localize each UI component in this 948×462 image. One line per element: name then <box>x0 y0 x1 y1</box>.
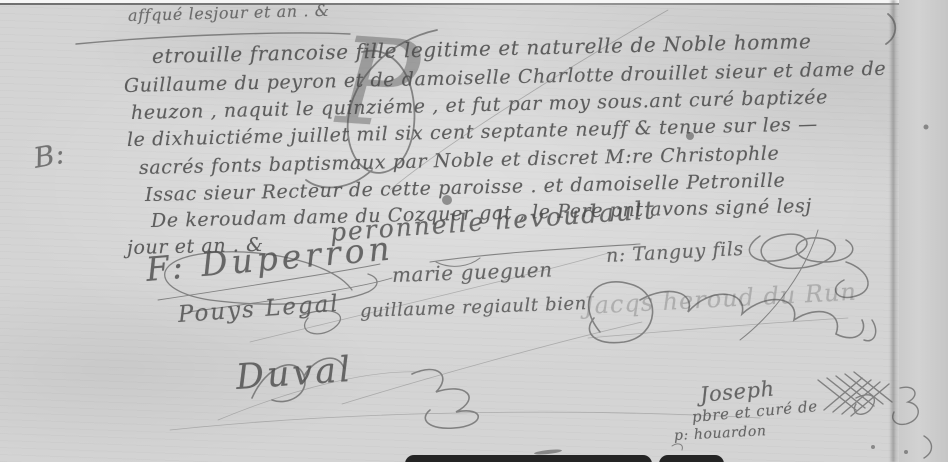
page-right-edge <box>899 0 948 462</box>
margin-note-b: B: <box>31 137 67 175</box>
signature-p-houardon: p: houardon <box>674 423 767 444</box>
signature-flourished-scrawl: Jacqs heroud du Run <box>583 278 857 320</box>
signature-n-tanguy-fils: n: Tanguy fils <box>605 238 744 267</box>
viewer-toolbar-button-small[interactable] <box>659 455 724 462</box>
signature-guillaume-regiault: guillaume regiault bien <box>360 293 588 322</box>
manuscript-scan-page: affqué lesjour et an . & B: P etrouille … <box>0 0 948 462</box>
page-fold-shadow <box>889 0 899 462</box>
viewer-toolbar-button-wide[interactable] <box>405 455 652 462</box>
signature-pouys-legal: Pouys Legal <box>177 291 340 328</box>
signature-duval: Duval <box>235 350 355 398</box>
previous-record-fragment: affqué lesjour et an . & <box>128 1 330 25</box>
signature-marie-gueguen: marie gueguen <box>392 257 554 287</box>
